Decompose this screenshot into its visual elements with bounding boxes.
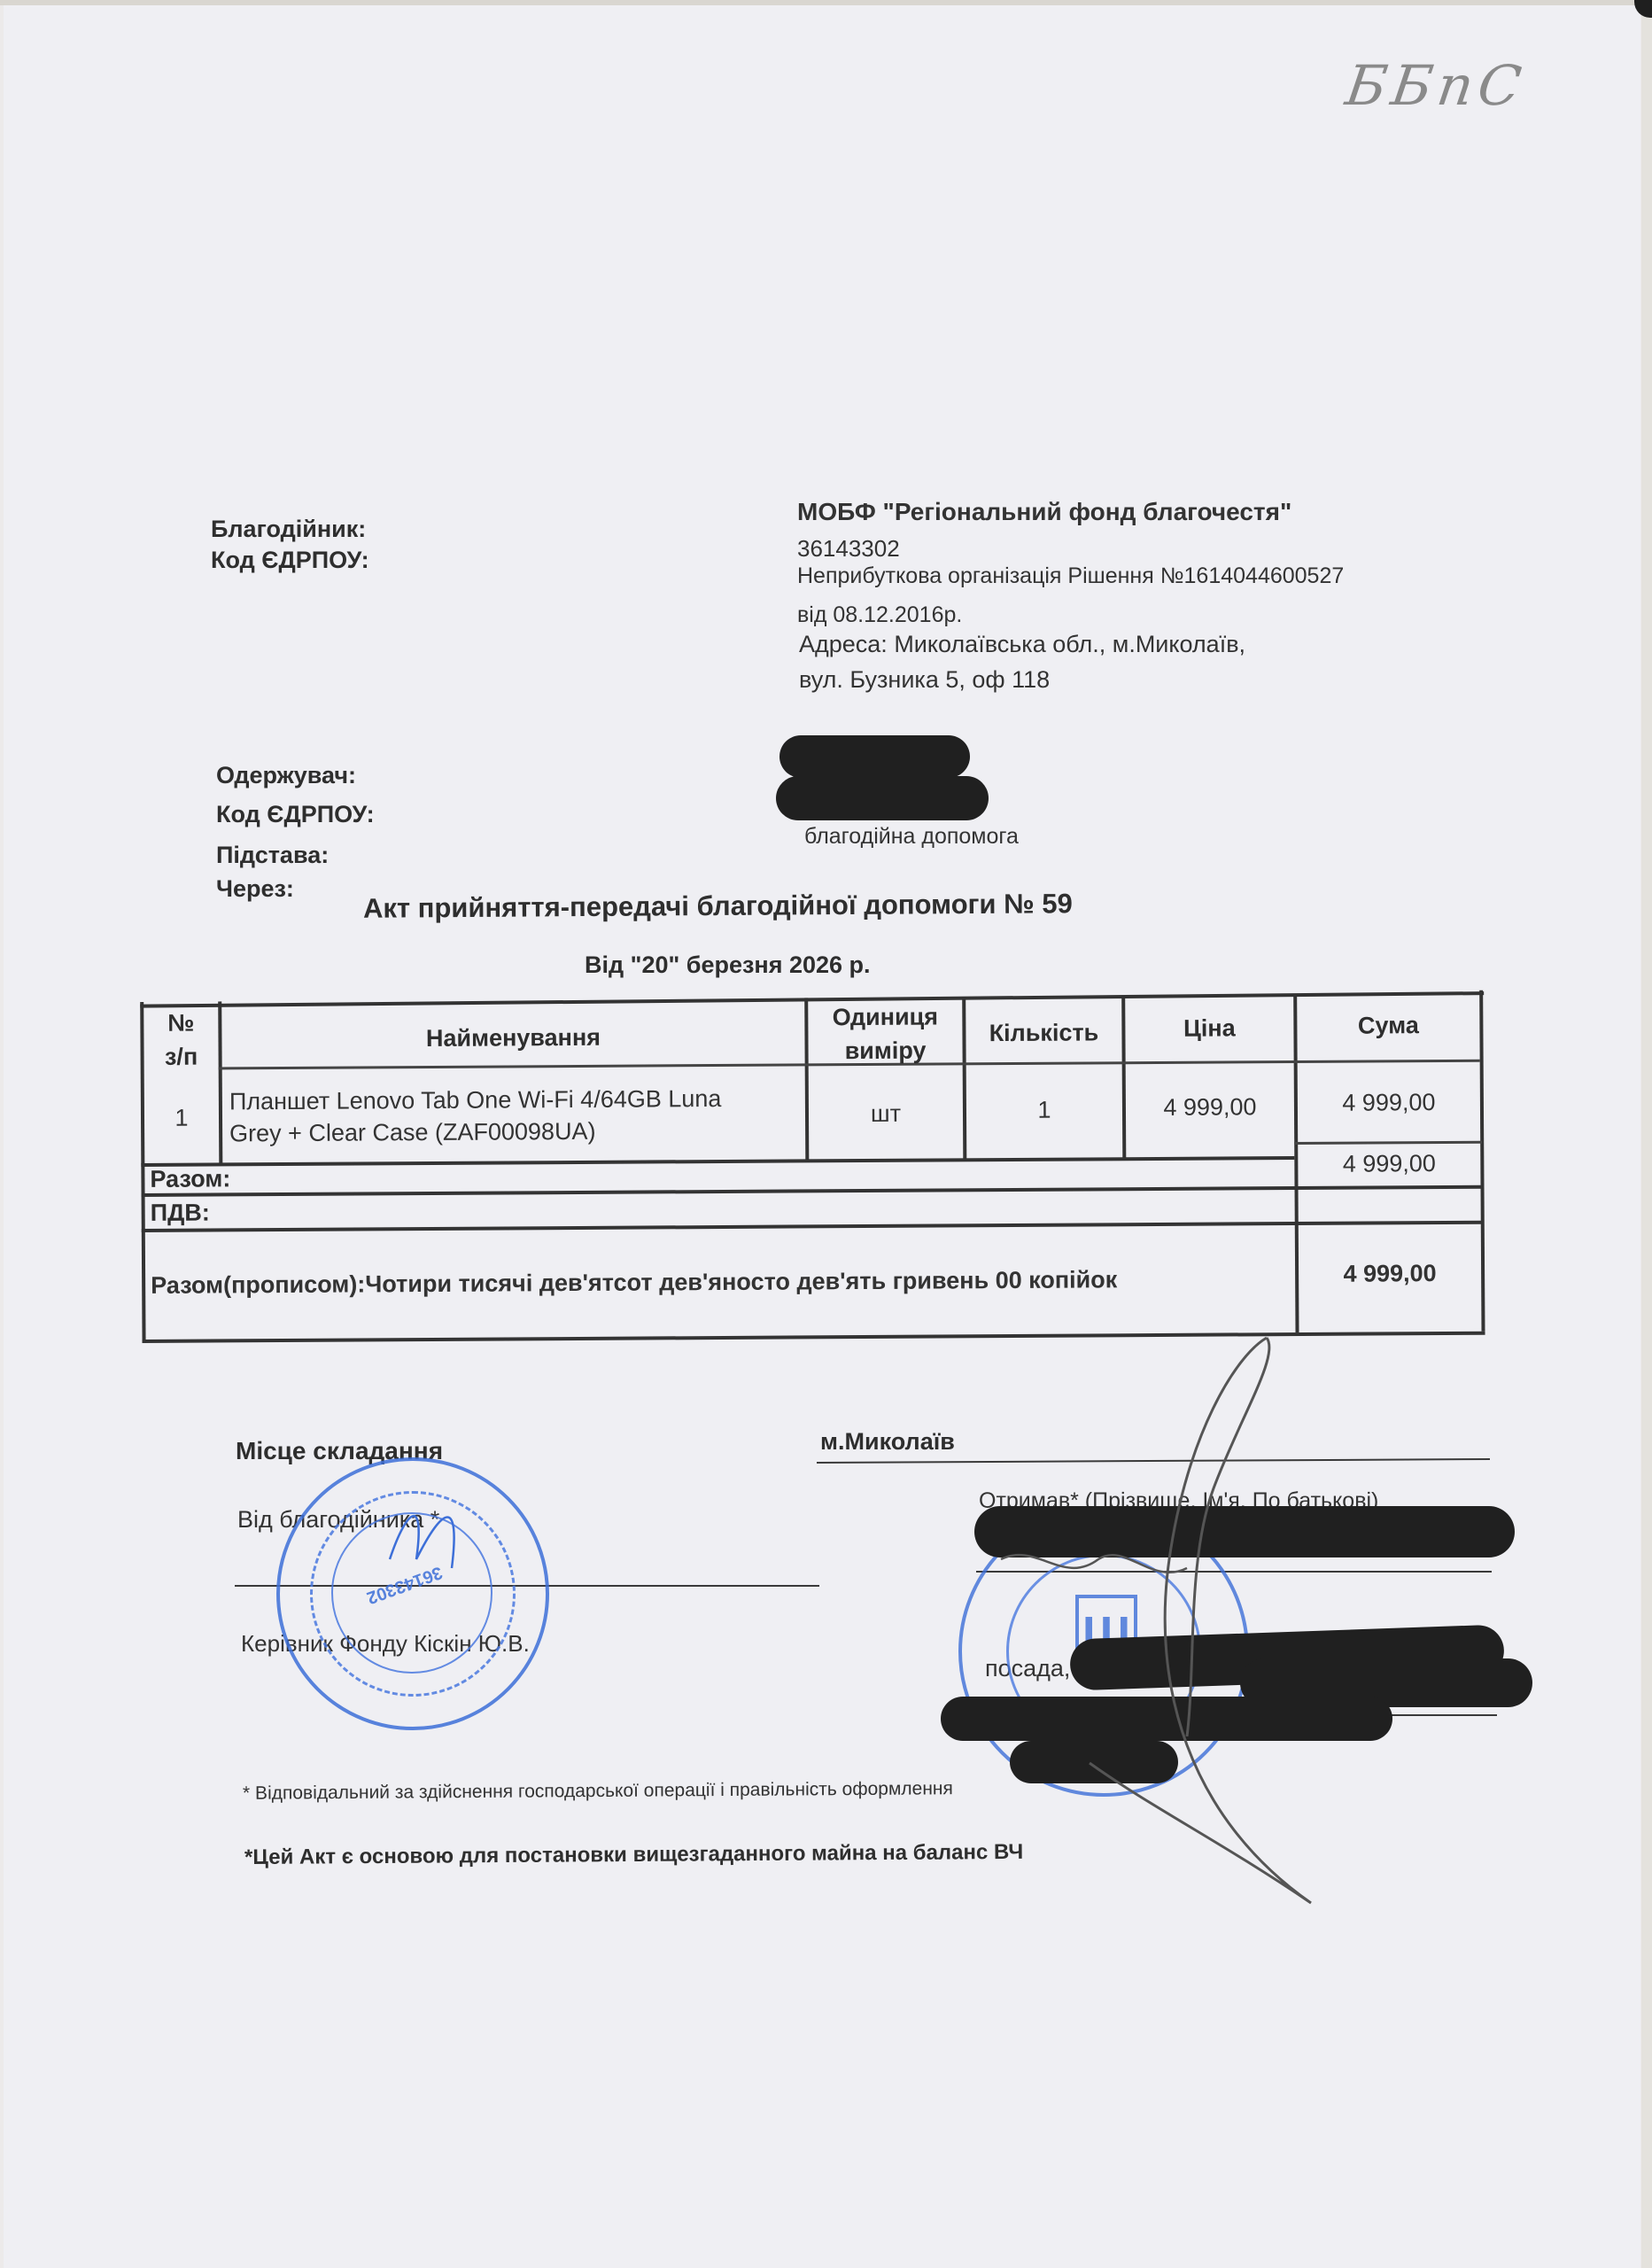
total-in-words: Разом(прописом):Чотири тисячі дев'ятсот … (143, 1225, 1299, 1339)
vat-value (1299, 1189, 1481, 1222)
row-name-line2: Grey + Clear Case (ZAF00098UA) (229, 1115, 596, 1150)
redacted-position-4 (1010, 1741, 1178, 1783)
handwritten-note: ББпС (1342, 53, 1531, 118)
total-value: 4 999,00 (1298, 1143, 1480, 1184)
donor-stamp: 36143302 (276, 1457, 549, 1730)
header-qty: Кількість (966, 1001, 1121, 1064)
place-value: м.Миколаїв (820, 1428, 955, 1456)
header-sum: Сума (1297, 994, 1479, 1057)
donor-name: МОБФ "Регіональний фонд благочестя" (797, 498, 1291, 526)
donor-label: Благодійник: (211, 516, 366, 543)
scan-edge-right (1641, 0, 1652, 2268)
redacted-position-3 (941, 1697, 1392, 1741)
vat-label: ПДВ: (143, 1194, 505, 1228)
words-total: 4 999,00 (1299, 1224, 1482, 1323)
recipient-code-label: Код ЄДРПОУ: (216, 801, 375, 828)
donor-decision-date: від 08.12.2016р. (797, 602, 962, 628)
words-value: Чотири тисячі дев'ятсот дев'яносто дев'я… (365, 1263, 1117, 1300)
row-qty: 1 (966, 1065, 1123, 1154)
header-unit-line1: Одиниця (833, 999, 939, 1034)
row-number: 1 (144, 1072, 220, 1163)
row-sum: 4 999,00 (1298, 1058, 1481, 1147)
header-unit-line2: виміру (845, 1034, 927, 1068)
words-label: Разом(прописом): (151, 1268, 365, 1301)
donor-status: Неприбуткова організація Рішення №161404… (797, 563, 1344, 589)
donor-code: 36143302 (797, 535, 900, 563)
items-table: № з/п Найменування Одиниця виміру Кількі… (140, 964, 1480, 1342)
act-title: Акт прийняття-передачі благодійної допом… (363, 888, 1073, 925)
redacted-recipient-name (779, 735, 970, 778)
header-number: № з/п (143, 1006, 218, 1073)
donor-code-label: Код ЄДРПОУ: (211, 547, 369, 574)
recipient-label: Одержувач: (216, 762, 356, 789)
row-price: 4 999,00 (1126, 1062, 1295, 1152)
redacted-recipient-code (776, 776, 989, 820)
total-label: Разом: (143, 1161, 504, 1194)
header-price: Ціна (1125, 997, 1293, 1060)
basis-label: Підстава: (216, 842, 329, 869)
header-number-line2: з/п (165, 1040, 198, 1074)
row-name: Планшет Lenovo Tab One Wi-Fi 4/64GB Luna… (222, 1068, 806, 1162)
basis-value: благодійна допомога (804, 824, 1019, 850)
via-label: Через: (216, 875, 294, 903)
donor-address-1: Адреса: Миколаївська обл., м.Миколаїв, (799, 631, 1245, 658)
row-unit: шт (809, 1068, 964, 1159)
row-name-line1: Планшет Lenovo Tab One Wi-Fi 4/64GB Luna (229, 1083, 722, 1117)
redacted-recipient-fullname (974, 1506, 1515, 1557)
header-unit: Одиниця виміру (808, 1002, 962, 1065)
donor-address-2: вул. Бузника 5, оф 118 (799, 666, 1050, 694)
header-name: Найменування (221, 1003, 804, 1072)
header-number-line1: № (167, 1006, 194, 1040)
